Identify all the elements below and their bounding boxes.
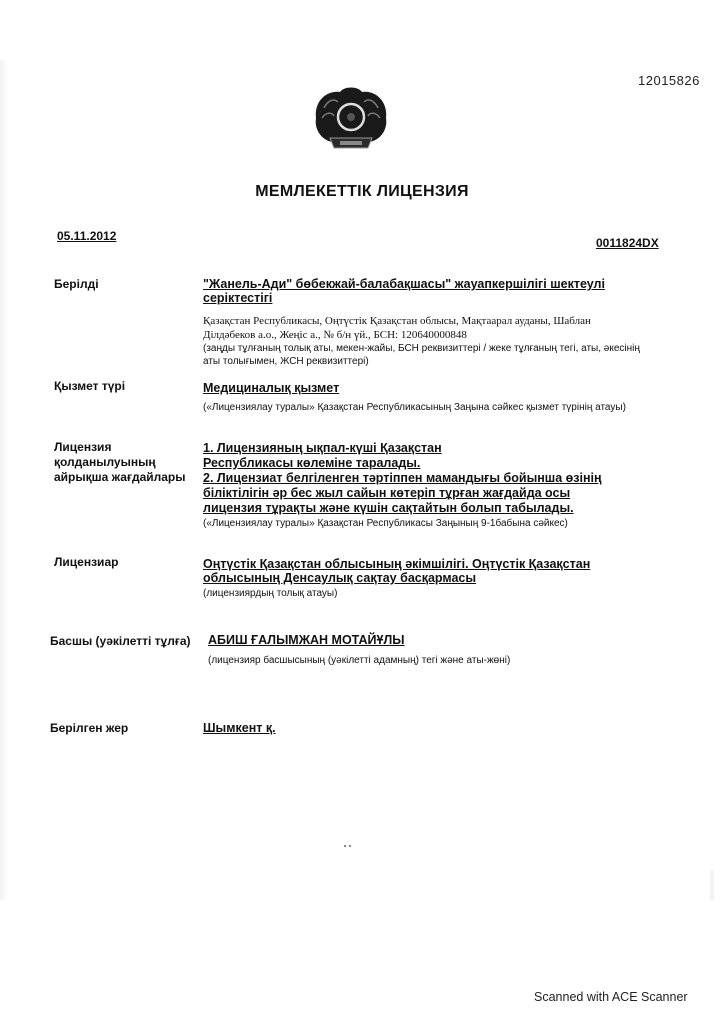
condition-item-1: 1. Лицензияның ықпал-күші Қазақстан Респ…	[203, 441, 533, 471]
scan-speck	[349, 845, 351, 847]
licensor-section: Оңтүстік Қазақстан облысының әкімшілігі.…	[203, 557, 663, 600]
activity-value: Медициналық қызмет	[203, 381, 663, 395]
document-number: 12015826	[638, 73, 700, 88]
licensee-name: "Жанель-Ади" бөбекжай-балабақшасы" жауап…	[203, 277, 623, 305]
document-title: МЕМЛЕКЕТТІК ЛИЦЕНЗИЯ	[0, 183, 724, 201]
licensor-note: (лицензиярдың толық атауы)	[203, 587, 663, 600]
issued-to-section: "Жанель-Ади" бөбекжай-балабақшасы" жауап…	[203, 277, 663, 368]
head-note: (лицензияр басшысының (уәкілетті адамның…	[208, 654, 668, 667]
licensor-label: Лицензиар	[54, 555, 118, 570]
licensor-value: Оңтүстік Қазақстан облысының әкімшілігі.…	[203, 557, 608, 585]
activity-label: Қызмет түрі	[54, 379, 125, 394]
licensee-note: (заңды тұлғаның толық аты, мекен-жайы, Б…	[203, 342, 643, 368]
issue-date: 05.11.2012	[57, 229, 116, 243]
conditions-note: («Лицензиялау туралы» Қазақстан Республи…	[203, 517, 663, 530]
head-label: Басшы (уәкілетті тұлға)	[50, 634, 190, 649]
conditions-label: Лицензия қолданылуының айрықша жағдайлар…	[54, 440, 186, 485]
head-value: АБИШ ҒАЛЫМЖАН МОТАЙҰЛЫ	[208, 633, 668, 647]
place-label: Берілген жер	[50, 721, 128, 736]
activity-note: («Лицензиялау туралы» Қазақстан Республи…	[203, 401, 653, 414]
state-emblem-icon	[310, 84, 392, 152]
licensee-address: Қазақстан Республикасы, Оңтүстік Қазақст…	[203, 314, 613, 342]
place-section: Шымкент қ.	[203, 721, 663, 735]
condition-item-2: 2. Лицензиат белгіленген тәртіппен маман…	[203, 471, 623, 516]
license-number: 0011824DX	[596, 236, 659, 250]
activity-section: Медициналық қызмет («Лицензиялау туралы»…	[203, 381, 663, 414]
scanner-watermark: Scanned with ACE Scanner	[534, 990, 688, 1004]
head-section: АБИШ ҒАЛЫМЖАН МОТАЙҰЛЫ (лицензияр басшыс…	[208, 633, 668, 667]
place-value: Шымкент қ.	[203, 721, 663, 735]
scan-speck	[344, 845, 346, 847]
scan-edge-right	[710, 870, 714, 900]
conditions-section: 1. Лицензияның ықпал-күші Қазақстан Респ…	[203, 441, 663, 530]
issued-to-label: Берілді	[54, 277, 99, 292]
